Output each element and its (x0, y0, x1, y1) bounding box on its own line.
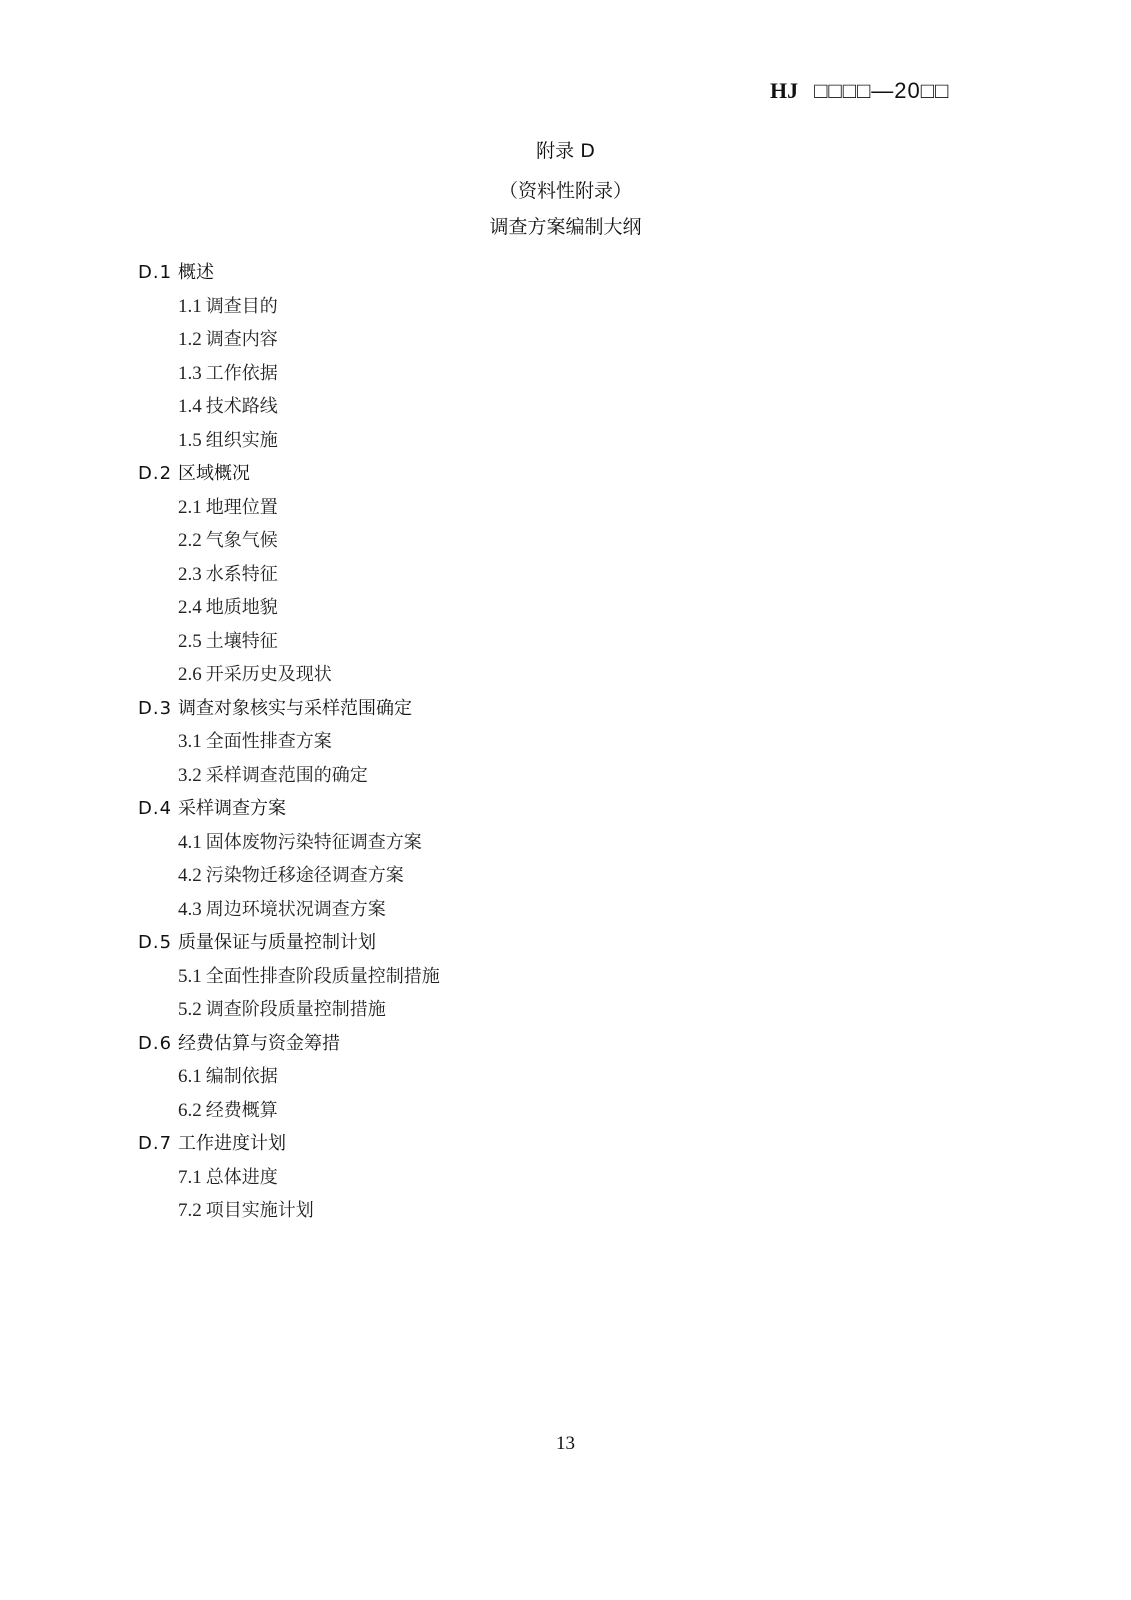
list-item: 1.5组织实施 (138, 424, 440, 458)
list-item: 1.1调查目的 (138, 290, 440, 324)
list-item: 6.2经费概算 (138, 1094, 440, 1128)
list-item: 2.5土壤特征 (138, 625, 440, 659)
item-number: 5.1 (178, 966, 202, 987)
item-title: 工作依据 (206, 363, 278, 384)
section-title: 区域概况 (178, 463, 250, 484)
item-title: 经费概算 (206, 1100, 278, 1121)
item-number: 1.5 (178, 430, 202, 451)
list-item: 2.2气象气候 (138, 524, 440, 558)
list-item: 4.2污染物迁移途径调查方案 (138, 859, 440, 893)
item-title: 地质地貌 (206, 597, 278, 618)
item-title: 调查目的 (206, 296, 278, 317)
standard-prefix: HJ (770, 78, 798, 104)
section-heading: D.1概述 (138, 256, 440, 290)
item-number: 5.2 (178, 999, 202, 1020)
list-item: 4.1固体废物污染特征调查方案 (138, 826, 440, 860)
item-number: 2.5 (178, 631, 202, 652)
item-title: 固体废物污染特征调查方案 (206, 832, 422, 853)
item-title: 编制依据 (206, 1066, 278, 1087)
item-number: 2.1 (178, 497, 202, 518)
item-number: 3.2 (178, 765, 202, 786)
item-number: 2.2 (178, 530, 202, 551)
appendix-type: （资料性附录） (0, 176, 1131, 203)
section-heading: D.5质量保证与质量控制计划 (138, 926, 440, 960)
item-title: 采样调查范围的确定 (206, 765, 368, 786)
standard-code-header: HJ □□□□—20□□ (770, 78, 949, 104)
item-number: 4.3 (178, 899, 202, 920)
item-number: 2.3 (178, 564, 202, 585)
section-title: 采样调查方案 (178, 798, 286, 819)
section-heading: D.3调查对象核实与采样范围确定 (138, 692, 440, 726)
item-title: 污染物迁移途径调查方案 (206, 865, 404, 886)
appendix-title: 附录 D (0, 136, 1131, 163)
item-title: 周边环境状况调查方案 (206, 899, 386, 920)
section-title: 经费估算与资金筹措 (178, 1033, 340, 1054)
appendix-name: 调查方案编制大纲 (0, 212, 1131, 239)
item-title: 水系特征 (206, 564, 278, 585)
list-item: 2.6开采历史及现状 (138, 658, 440, 692)
list-item: 2.4地质地貌 (138, 591, 440, 625)
item-title: 土壤特征 (206, 631, 278, 652)
item-number: 4.1 (178, 832, 202, 853)
list-item: 2.1地理位置 (138, 491, 440, 525)
section-number: D.4 (138, 792, 178, 826)
item-title: 组织实施 (206, 430, 278, 451)
list-item: 3.1全面性排查方案 (138, 725, 440, 759)
section-title: 工作进度计划 (178, 1133, 286, 1154)
section-heading: D.4采样调查方案 (138, 792, 440, 826)
list-item: 1.2调查内容 (138, 323, 440, 357)
list-item: 6.1编制依据 (138, 1060, 440, 1094)
list-item: 2.3水系特征 (138, 558, 440, 592)
standard-number: □□□□—20□□ (814, 78, 949, 104)
item-title: 项目实施计划 (206, 1200, 314, 1221)
item-title: 调查阶段质量控制措施 (206, 999, 386, 1020)
section-number: D.5 (138, 926, 178, 960)
section-number: D.1 (138, 256, 178, 290)
item-title: 开采历史及现状 (206, 664, 332, 685)
item-title: 地理位置 (206, 497, 278, 518)
list-item: 3.2采样调查范围的确定 (138, 759, 440, 793)
item-number: 6.1 (178, 1066, 202, 1087)
item-title: 全面性排查方案 (206, 731, 332, 752)
section-number: D.7 (138, 1127, 178, 1161)
item-number: 1.2 (178, 329, 202, 350)
section-heading: D.7工作进度计划 (138, 1127, 440, 1161)
item-number: 4.2 (178, 865, 202, 886)
item-number: 7.2 (178, 1200, 202, 1221)
item-number: 6.2 (178, 1100, 202, 1121)
section-title: 概述 (178, 262, 214, 283)
section-heading: D.2区域概况 (138, 457, 440, 491)
outline-list: D.1概述 1.1调查目的 1.2调查内容 1.3工作依据 1.4技术路线 1.… (138, 256, 440, 1228)
list-item: 1.4技术路线 (138, 390, 440, 424)
page-number: 13 (0, 1433, 1131, 1455)
item-number: 1.3 (178, 363, 202, 384)
section-heading: D.6经费估算与资金筹措 (138, 1027, 440, 1061)
item-number: 3.1 (178, 731, 202, 752)
item-number: 2.6 (178, 664, 202, 685)
item-title: 全面性排查阶段质量控制措施 (206, 966, 440, 987)
item-title: 气象气候 (206, 530, 278, 551)
item-title: 技术路线 (206, 396, 278, 417)
item-title: 调查内容 (206, 329, 278, 350)
item-number: 1.4 (178, 396, 202, 417)
section-title: 质量保证与质量控制计划 (178, 932, 376, 953)
list-item: 7.2项目实施计划 (138, 1194, 440, 1228)
item-number: 2.4 (178, 597, 202, 618)
item-title: 总体进度 (206, 1167, 278, 1188)
list-item: 5.1全面性排查阶段质量控制措施 (138, 960, 440, 994)
list-item: 1.3工作依据 (138, 357, 440, 391)
section-number: D.6 (138, 1027, 178, 1061)
list-item: 4.3周边环境状况调查方案 (138, 893, 440, 927)
item-number: 1.1 (178, 296, 202, 317)
list-item: 5.2调查阶段质量控制措施 (138, 993, 440, 1027)
section-number: D.2 (138, 457, 178, 491)
section-number: D.3 (138, 692, 178, 726)
item-number: 7.1 (178, 1167, 202, 1188)
list-item: 7.1总体进度 (138, 1161, 440, 1195)
section-title: 调查对象核实与采样范围确定 (178, 698, 412, 719)
